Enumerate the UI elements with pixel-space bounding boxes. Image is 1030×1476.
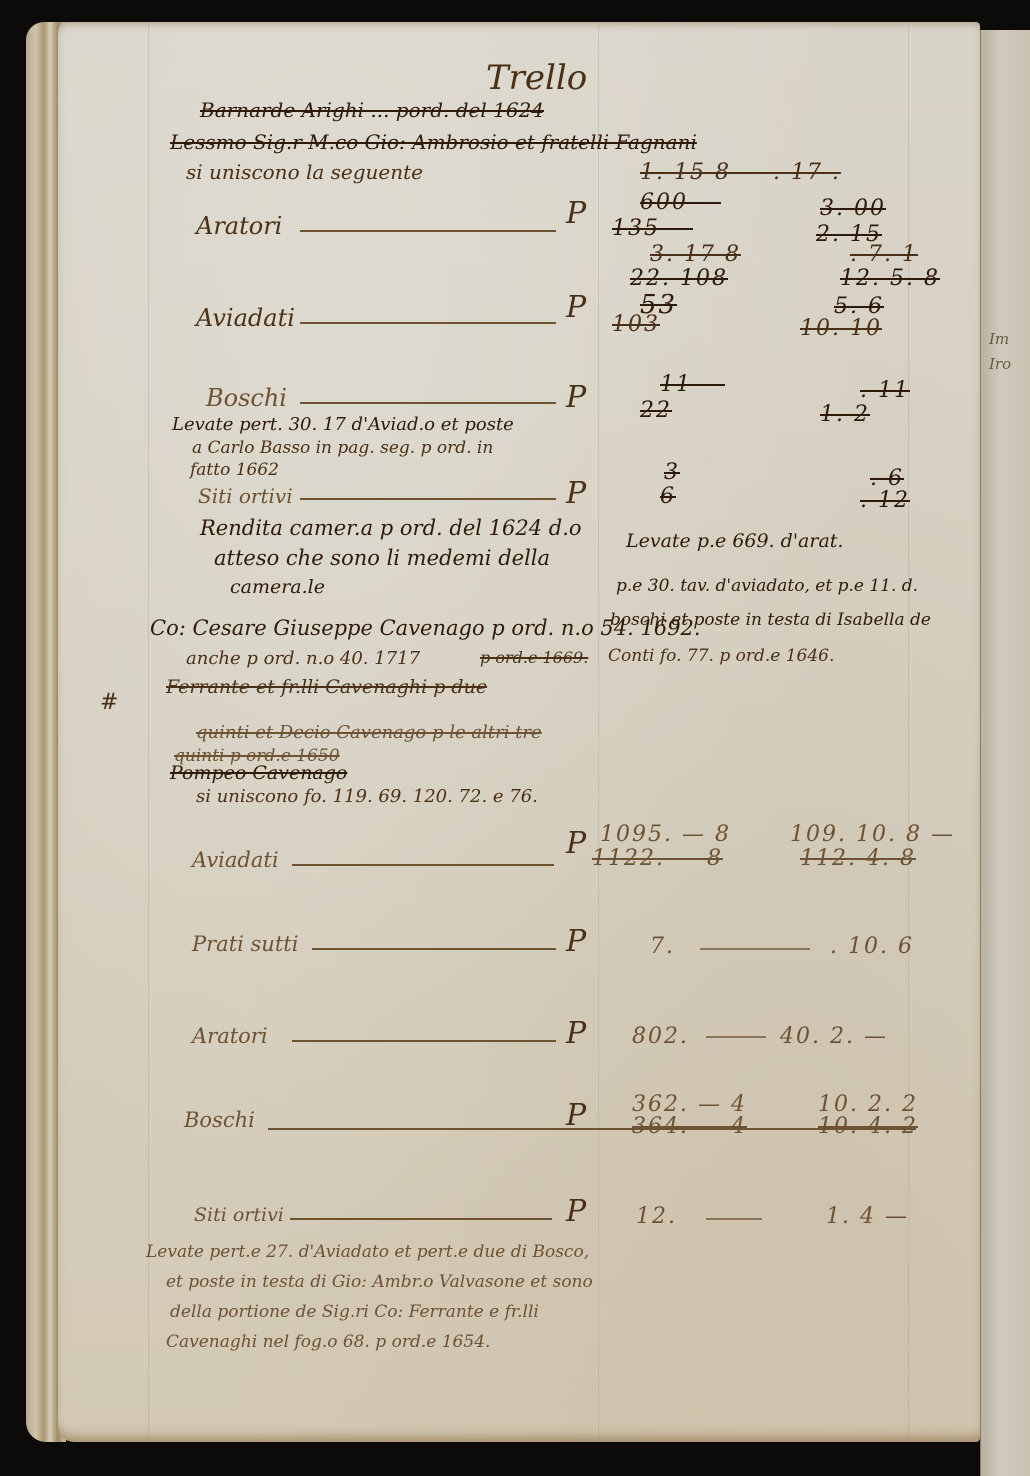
parcel-label: Aviadati [196,304,295,332]
area-value-alt: 103 [612,312,660,337]
rent-value-alt: . 12 [860,488,910,513]
pertiche-marker: P [566,1194,586,1229]
rent-value: 109. 10. 8 — [790,822,955,847]
rent-value: 40. 2. — [780,1024,888,1049]
header-amount: 1. 15 8 — . 17 . [640,160,841,185]
area-value: 22. 108 [630,266,728,291]
rent-value: . 10. 6 [830,934,914,959]
owner-line-struck: Pompeo Cavenago [170,762,347,784]
rent-value-alt: 10. 10 [800,316,882,341]
parcel-label: Aviadati [192,848,279,872]
owner-line-struck: quinti et Decio Cavenago p le altri tre [196,722,542,743]
pertiche-marker: P [566,290,586,325]
parcel-label: Prati sutti [192,932,298,956]
pertiche-marker: P [566,380,586,415]
owner-line-struck: p ord.e 1669. [480,648,588,667]
owner-line: Co: Cesare Giuseppe Cavenago p ord. n.o … [150,616,701,640]
transfer-note: p.e 30. tav. d'aviadato, et p.e 11. d. [616,576,918,596]
closing-note: et poste in testa di Gio: Ambr.o Valvaso… [166,1272,593,1292]
rent-value-alt: 112. 4. 8 [800,846,916,871]
area-value-alt: 6 [660,484,676,509]
owner-line: anche p ord. n.o 40. 1717 [186,648,420,669]
boschi-note: a Carlo Basso in pag. seg. p ord. in [192,438,493,458]
closing-note: della portione de Sig.ri Co: Ferrante e … [170,1302,539,1322]
area-value: 7. [650,934,675,959]
facing-fragment: Im [989,330,1009,348]
area-value: 600 — [640,190,721,215]
rent-value-alt: 10. 4. 2 [818,1114,918,1139]
rendita-note: camera.le [230,576,325,598]
area-value: 1095. — 8 [600,822,731,847]
pertiche-marker: P [566,196,586,231]
parcel-label: Siti ortivi [194,1204,284,1226]
area-value-alt: 1122. — 8 [592,846,723,871]
pertiche-marker: P [566,1098,586,1133]
rendita-note: Rendita camer.a p ord. del 1624 d.o [200,516,582,540]
parcel-label: Boschi [184,1108,255,1132]
page-heading: Trello [486,58,587,98]
rendita-note: atteso che sono li medemi della [214,546,550,570]
parcel-label: Aratori [196,212,282,240]
area-value-alt: 22 [640,398,672,423]
owner-entry-note: si uniscono la seguente [186,160,423,184]
owner-line: si uniscono fo. 119. 69. 120. 72. e 76. [196,786,538,807]
closing-note: Cavenaghi nel fog.o 68. p ord.e 1654. [166,1332,490,1352]
pertiche-marker: P [566,1016,586,1051]
area-value-alt: 364. — 4 [632,1114,747,1139]
facing-page-edge: Im Iro [980,30,1030,1476]
area-value: 3. 17 8 [650,242,741,267]
pertiche-marker: P [566,476,586,511]
owner-entry-struck: Barnarde Arighi ... pord. del 1624 [200,98,544,122]
area-value: 3 [664,460,680,485]
pertiche-marker: P [566,924,586,959]
parcel-label: Boschi [206,384,287,412]
owner-line-struck: Ferrante et fr.lli Cavenaghi p due [166,676,487,698]
rent-value: . 7. 1 [850,242,918,267]
rent-value: 3. 00 [820,196,886,221]
area-value: 11 — [660,372,725,397]
rent-value-alt: 1. 2 [820,402,870,427]
parcel-label: Aratori [192,1024,268,1048]
area-value: 12. [636,1204,677,1229]
rent-value: 12. 5. 8 [840,266,940,291]
rent-value: 1. 4 — [826,1204,909,1229]
hash-mark: # [100,690,118,715]
transfer-note: Conti fo. 77. p ord.e 1646. [608,646,834,666]
area-value: 802. [632,1024,689,1049]
facing-fragment: Iro [989,355,1011,373]
area-value-alt: 135 — [612,216,693,241]
transfer-note: Levate p.e 669. d'arat. [626,530,843,552]
owner-entry-struck: Lessmo Sig.r M.co Gio: Ambrosio et frate… [170,130,697,154]
boschi-note: fatto 1662 [190,460,279,480]
closing-note: Levate pert.e 27. d'Aviadato et pert.e d… [146,1242,589,1262]
rent-value: . 11 [860,378,910,403]
boschi-note: Levate pert. 30. 17 d'Aviad.o et poste [172,414,514,435]
parcel-label: Siti ortivi [198,484,293,508]
pertiche-marker: P [566,826,586,861]
